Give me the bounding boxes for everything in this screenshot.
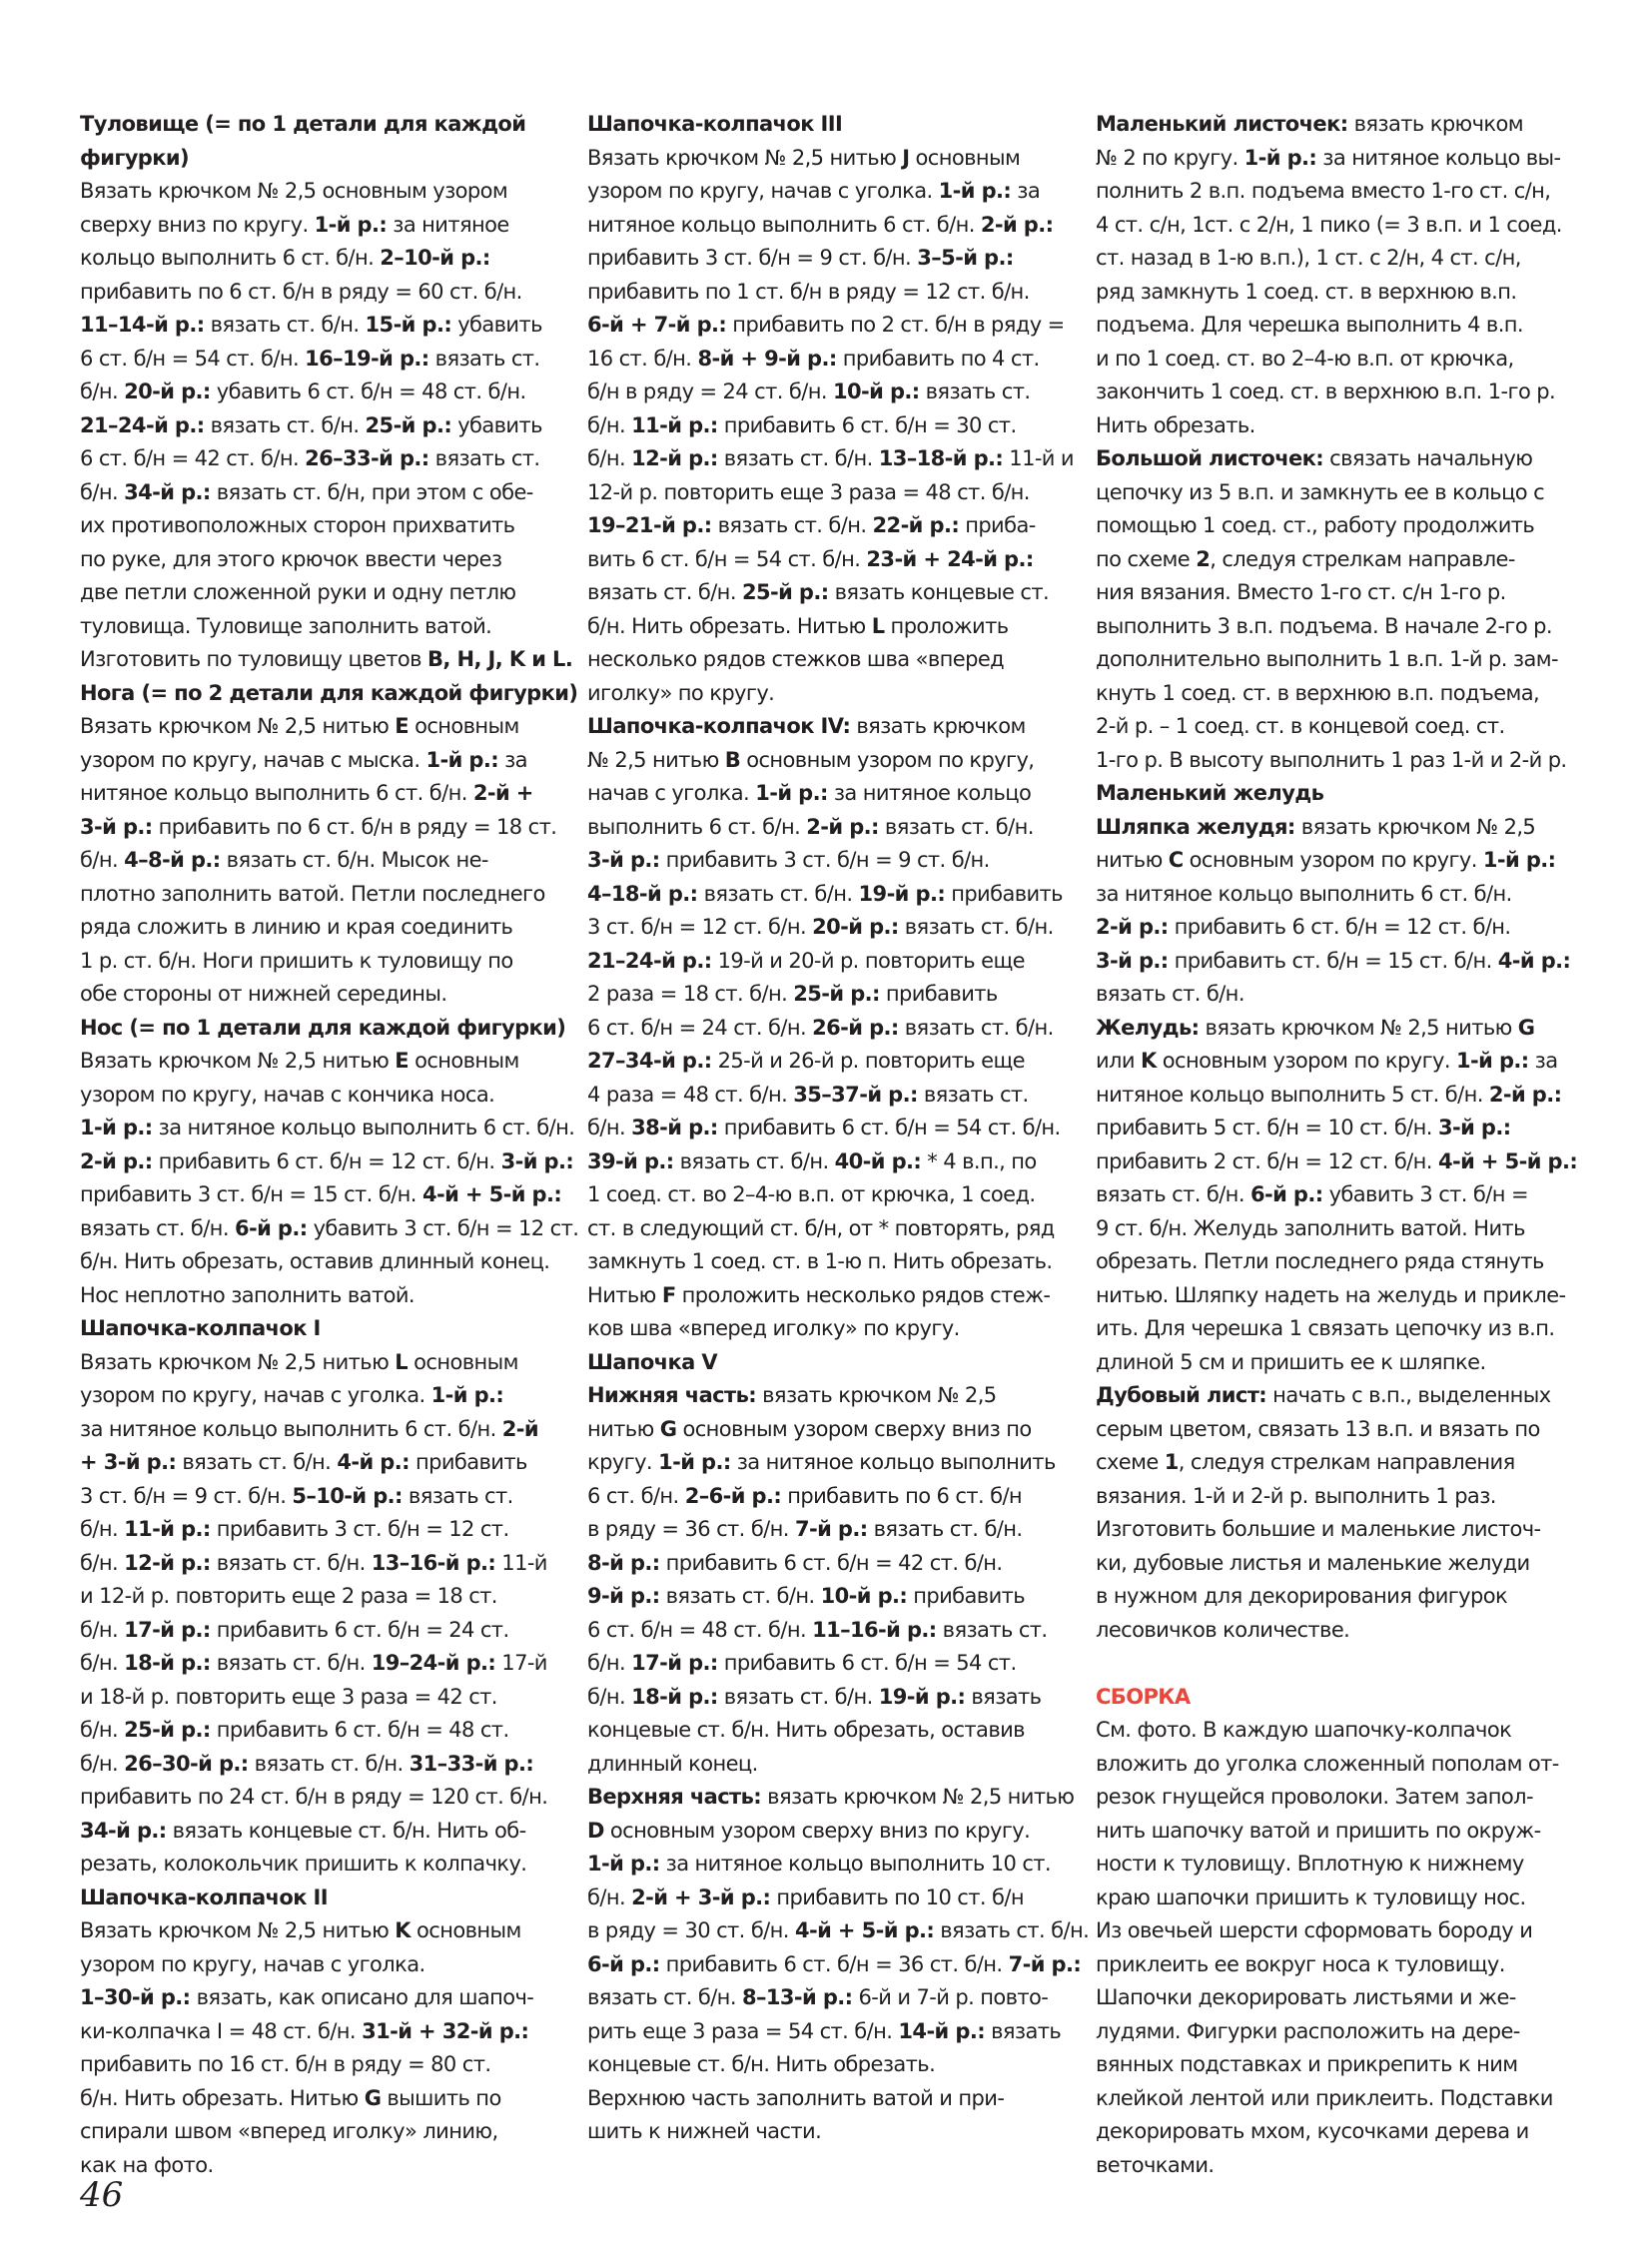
- bold-run: 19-й р.:: [859, 882, 946, 906]
- body-text-line: обрезать. Петли последнего ряда стянуть: [1096, 1245, 1595, 1279]
- body-text-line: Нос неплотно заполнить ватой.: [80, 1279, 579, 1313]
- spacer: [1096, 1647, 1595, 1681]
- body-text-line: 4 ст. с/н, 1ст. с 2/н, 1 пико (= 3 в.п. …: [1096, 209, 1595, 243]
- text-run: ить. Для черешка 1 связать цепочку из в.…: [1096, 1316, 1554, 1340]
- bold-run: 3-й р.:: [80, 815, 153, 839]
- body-text-line: 2-й р. – 1 соед. ст. в концевой соед. ст…: [1096, 710, 1595, 744]
- text-run: вязать ст. б/н.: [211, 1551, 372, 1575]
- bold-run: 3–5-й р.:: [917, 246, 1013, 270]
- body-text-line: 1–30-й р.: вязать, как описано для шапоч…: [80, 1981, 579, 2015]
- body-text-line: б/н в ряду = 24 ст. б/н. 10-й р.: вязать…: [587, 376, 1087, 409]
- body-text-line: длинный конец.: [587, 1748, 1087, 1782]
- text-run: ки-колпачка I = 48 ст. б/н.: [80, 2019, 362, 2043]
- bold-run: 1-й р.:: [1483, 848, 1556, 872]
- text-run: прибавить 3 ст. б/н = 9 ст. б/н.: [660, 848, 990, 872]
- body-text-line: обе стороны от нижней середины.: [80, 978, 579, 1012]
- body-text-line: по схеме 2, следуя стрелкам направле-: [1096, 543, 1595, 577]
- text-run: Вязать крючком № 2,5 нитью: [587, 146, 902, 170]
- text-run: нитяное кольцо выполнить 5 ст. б/н.: [1096, 1083, 1489, 1107]
- section-heading: Нос (= по 1 детали для каждой фигурки): [80, 1012, 579, 1046]
- body-text-line: 2 раза = 18 ст. б/н. 25-й р.: прибавить: [587, 978, 1087, 1012]
- body-text-line: как на фото.: [80, 2149, 579, 2183]
- text-run: веточками.: [1096, 2153, 1215, 2177]
- body-text-line: 1-й р.: за нитяное кольцо выполнить 6 ст…: [80, 1112, 579, 1145]
- bold-run: 4-й р.:: [337, 1450, 410, 1474]
- body-text-line: ности к туловищу. Вплотную к нижнему: [1096, 1848, 1595, 1881]
- section-heading: Нога (= по 2 детали для каждой фигурки): [80, 677, 579, 711]
- text-run: прибавить 6 ст. б/н = 42 ст. б/н.: [660, 1551, 1003, 1575]
- text-run: прибавить по 10 ст. б/н: [770, 1885, 1024, 1909]
- text-run: концевые ст. б/н. Нить обрезать.: [587, 2052, 935, 2076]
- text-run: основным узором по кругу.: [1157, 1049, 1456, 1073]
- text-run: б/н.: [80, 1618, 124, 1642]
- bold-run: + 3-й р.:: [80, 1450, 176, 1474]
- body-text-line: ст. в следующий ст. б/н, от * повторять,…: [587, 1212, 1087, 1246]
- bold-run: K: [1141, 1049, 1157, 1073]
- bold-run: 35–37-й р.:: [793, 1083, 918, 1107]
- text-run: 12-й р. повторить еще 3 раза = 48 ст. б/…: [587, 480, 1030, 504]
- bold-run: Нижняя часть:: [587, 1383, 756, 1407]
- body-text-line: б/н. Нить обрезать, оставив длинный коне…: [80, 1245, 579, 1279]
- text-run: за нитяное кольцо: [828, 781, 1031, 805]
- text-run: вязать ст.: [937, 1618, 1048, 1642]
- text-run: вязать ст. б/н.: [868, 1517, 1023, 1541]
- text-run: за нитяное кольцо вы-: [1316, 146, 1560, 170]
- body-text-line: б/н. 18-й р.: вязать ст. б/н. 19–24-й р.…: [80, 1647, 579, 1681]
- bold-run: 6-й р.:: [235, 1216, 308, 1240]
- text-run: цепочку из 5 в.п. и замкнуть ее в кольцо…: [1096, 480, 1544, 504]
- body-text-line: полнить 2 в.п. подъема вместо 1-го ст. с…: [1096, 175, 1595, 209]
- bold-run: 1: [1165, 1450, 1179, 1474]
- assembly-heading: СБОРКА: [1096, 1681, 1595, 1715]
- text-run: 9 ст. б/н. Желудь заполнить ватой. Нить: [1096, 1216, 1525, 1240]
- text-run: убавить 3 ст. б/н = 12 ст.: [308, 1216, 579, 1240]
- text-run: за нитяное кольцо выполнить 10 ст.: [660, 1852, 1051, 1876]
- bold-run: 21–24-й р.:: [587, 949, 712, 973]
- text-run: декорировать мхом, кусочками дерева и: [1096, 2119, 1529, 2143]
- body-text-line: б/н. 18-й р.: вязать ст. б/н. 19-й р.: в…: [587, 1681, 1087, 1715]
- text-run: кнуть 1 соед. ст. в верхнюю в.п. подъема…: [1096, 681, 1539, 705]
- text-run: резок гнущейся проволоки. Затем запол-: [1096, 1785, 1533, 1809]
- text-run: нитью: [587, 1417, 660, 1441]
- body-text-line: 11–14-й р.: вязать ст. б/н. 15-й р.: уба…: [80, 309, 579, 343]
- body-text-line: 6-й р.: прибавить 6 ст. б/н = 36 ст. б/н…: [587, 1948, 1087, 1982]
- body-text-line: шить к нижней части.: [587, 2115, 1087, 2149]
- bold-run: L: [872, 614, 885, 638]
- text-run: вязать ст. б/н.: [934, 1918, 1089, 1942]
- text-run: б/н. Нить обрезать, оставив длинный коне…: [80, 1249, 549, 1273]
- text-run: вязать ст. б/н.: [205, 413, 366, 437]
- body-text-line: прибавить по 1 ст. б/н в ряду = 12 ст. б…: [587, 276, 1087, 310]
- body-text-line: и по 1 соед. ст. во 2–4-ю в.п. от крючка…: [1096, 343, 1595, 376]
- text-run: в нужном для декорирования фигурок: [1096, 1584, 1507, 1608]
- text-run: б/н.: [587, 446, 631, 470]
- text-run: вязать концевые ст.: [829, 580, 1050, 604]
- body-text-line: две петли сложенной руки и одну петлю: [80, 576, 579, 610]
- bold-run: 4-й + 5-й р.:: [422, 1182, 561, 1206]
- body-text-line: вязать ст. б/н. 25-й р.: вязать концевые…: [587, 576, 1087, 610]
- text-run: 6 ст. б/н = 48 ст. б/н.: [587, 1618, 812, 1642]
- bold-run: 19–24-й р.:: [372, 1651, 496, 1675]
- text-run: вить 6 ст. б/н = 54 ст. б/н.: [587, 547, 866, 571]
- text-run: подъема. Для черешка выполнить 4 в.п.: [1096, 313, 1523, 337]
- body-text-line: б/н. Нить обрезать. Нитью G вышить по: [80, 2082, 579, 2116]
- text-run: узором по кругу, начав с кончика носа.: [80, 1083, 494, 1107]
- body-text-line: нитяное кольцо выполнить 6 ст. б/н. 2-й …: [80, 777, 579, 811]
- bold-run: 17-й р.:: [631, 1651, 718, 1675]
- text-run: лесовичков количестве.: [1096, 1618, 1349, 1642]
- text-run: вязать ст. б/н.: [899, 915, 1054, 939]
- text-run: обе стороны от нижней середины.: [80, 982, 446, 1006]
- text-run: начав с уголка.: [587, 781, 755, 805]
- text-run: как на фото.: [80, 2153, 214, 2177]
- bold-run: 23-й + 24-й р.:: [866, 547, 1033, 571]
- body-text-line: Нитью F проложить несколько рядов стеж-: [587, 1279, 1087, 1313]
- text-run: Вязать крючком № 2,5 нитью: [80, 714, 395, 738]
- text-run: вязать крючком № 2,5 нитью: [1199, 1016, 1517, 1040]
- bold-run: 18-й р.:: [631, 1685, 718, 1709]
- bold-run: Желудь:: [1096, 1016, 1199, 1040]
- body-text-line: 21–24-й р.: вязать ст. б/н. 25-й р.: уба…: [80, 409, 579, 443]
- body-text-line: прибавить 3 ст. б/н = 9 ст. б/н. 3–5-й р…: [587, 242, 1087, 276]
- text-run: б/н.: [587, 1885, 631, 1909]
- body-text-line: 3 ст. б/н = 9 ст. б/н. 5–10-й р.: вязать…: [80, 1480, 579, 1514]
- body-text-line: в нужном для декорирования фигурок: [1096, 1580, 1595, 1614]
- text-run: основным: [411, 1918, 521, 1942]
- bold-run: 11–14-й р.:: [80, 313, 205, 337]
- bold-run: 4-й + 5-й р.:: [1438, 1149, 1577, 1173]
- text-run: прибавить 3 ст. б/н = 15 ст. б/н.: [80, 1182, 422, 1206]
- bold-run: Большой листочек:: [1096, 446, 1323, 470]
- text-run: убавить 3 ст. б/н =: [1323, 1182, 1528, 1206]
- body-text-line: 21–24-й р.: 19-й и 20-й р. повторить еще: [587, 945, 1087, 979]
- body-text-line: 1 соед. ст. во 2–4-ю в.п. от крючка, 1 с…: [587, 1178, 1087, 1212]
- bold-run: G: [1518, 1016, 1535, 1040]
- text-run: вязать ст. б/н.: [712, 513, 873, 537]
- body-text-line: замкнуть 1 соед. ст. в 1-ю п. Нить обрез…: [587, 1245, 1087, 1279]
- text-run: вязать ст. б/н.: [1096, 982, 1244, 1006]
- bold-run: Дубовый лист:: [1096, 1383, 1266, 1407]
- section-heading: Шапочка-колпачок III: [587, 108, 1087, 142]
- body-text-line: сверху вниз по кругу. 1-й р.: за нитяное: [80, 209, 579, 243]
- text-run: шить к нижней части.: [587, 2119, 821, 2143]
- text-run: нитяное кольцо выполнить 6 ст. б/н.: [587, 213, 981, 237]
- text-run: 6-й и 7-й р. повто-: [852, 1985, 1048, 2009]
- body-text-line: туловища. Туловище заполнить ватой.: [80, 610, 579, 644]
- bold-run: 2–6-й р.:: [685, 1484, 781, 1508]
- bold-run: 6-й р.:: [587, 1952, 660, 1976]
- body-text-line: нитяное кольцо выполнить 5 ст. б/н. 2-й …: [1096, 1079, 1595, 1113]
- text-run: узором по кругу, начав с уголка.: [80, 1952, 425, 1976]
- bold-run: C: [1169, 848, 1184, 872]
- body-text-line: 6 ст. б/н = 48 ст. б/н. 11–16-й р.: вяза…: [587, 1614, 1087, 1648]
- body-text-line: в ряду = 30 ст. б/н. 4-й + 5-й р.: вязат…: [587, 1914, 1087, 1948]
- text-run: ности к туловищу. Вплотную к нижнему: [1096, 1852, 1524, 1876]
- body-text-line: узором по кругу, начав с уголка. 1-й р.:…: [587, 175, 1087, 209]
- section-heading: Туловище (= по 1 детали для каждой: [80, 108, 579, 142]
- text-run: вязать крючком: [1348, 112, 1523, 136]
- body-text-line: 19–21-й р.: вязать ст. б/н. 22-й р.: при…: [587, 509, 1087, 543]
- text-run: прибавить по 4 ст.: [837, 347, 1040, 371]
- text-run: Из овечьей шерсти сформовать бороду и: [1096, 1918, 1532, 1942]
- text-run: дополнительно выполнить 1 в.п. 1-й р. за…: [1096, 647, 1558, 671]
- body-text-line: б/н. 20-й р.: убавить 6 ст. б/н = 48 ст.…: [80, 376, 579, 409]
- text-run: вязать крючком: [850, 714, 1025, 738]
- text-run: вязать ст. б/н.: [249, 1752, 410, 1776]
- bold-run: 10-й р.:: [821, 1584, 908, 1608]
- body-text-line: № 2 по кругу. 1-й р.: за нитяное кольцо …: [1096, 142, 1595, 176]
- text-run: Изготовить по туловищу цветов: [80, 647, 427, 671]
- text-run: ст. назад в 1-ю в.п.), 1 ст. с 2/н, 4 ст…: [1096, 246, 1521, 270]
- text-run: вязать крючком № 2,5: [756, 1383, 996, 1407]
- body-text-line: и 18-й р. повторить еще 3 раза = 42 ст.: [80, 1681, 579, 1715]
- body-text-line: 6 ст. б/н = 24 ст. б/н. 26-й р.: вязать …: [587, 1012, 1087, 1046]
- text-column-2: Шапочка-колпачок IIIВязать крючком № 2,5…: [587, 108, 1087, 2149]
- body-text-line: вить 6 ст. б/н = 54 ст. б/н. 23-й + 24-й…: [587, 543, 1087, 577]
- body-text-line: 2-й р.: прибавить 6 ст. б/н = 12 ст. б/н…: [1096, 911, 1595, 945]
- body-text-line: Вязать крючком № 2,5 нитью J основным: [587, 142, 1087, 176]
- text-run: б/н.: [80, 379, 124, 403]
- text-run: См. фото. В каждую шапочку-колпачок: [1096, 1718, 1511, 1742]
- text-run: Вязать крючком № 2,5 основным узором: [80, 179, 507, 203]
- text-run: за нитяное кольцо выполнить: [731, 1450, 1056, 1474]
- bold-run: 17-й р.:: [124, 1618, 211, 1642]
- bold-run: 9-й р.:: [587, 1584, 660, 1608]
- bold-run: Верхняя часть:: [587, 1785, 761, 1809]
- body-text-line: Вязать крючком № 2,5 нитью L основным: [80, 1346, 579, 1380]
- bold-run: 1-й р.:: [431, 1383, 504, 1407]
- text-run: прибавить 3 ст. б/н = 9 ст. б/н.: [587, 246, 917, 270]
- body-text-line: концевые ст. б/н. Нить обрезать, оставив: [587, 1714, 1087, 1748]
- body-text-line: Нить обрезать.: [1096, 409, 1595, 443]
- text-run: б/н.: [80, 1551, 124, 1575]
- body-text-line: узором по кругу, начав с кончика носа.: [80, 1079, 579, 1113]
- bold-run: 26–30-й р.:: [124, 1752, 249, 1776]
- text-run: вязать ст. б/н.: [211, 1651, 372, 1675]
- text-run: узором по кругу, начав с уголка.: [587, 179, 939, 203]
- bold-run: 15-й р.:: [366, 313, 452, 337]
- text-run: б/н.: [587, 1116, 631, 1139]
- text-run: помощью 1 соед. ст., работу продолжить: [1096, 513, 1534, 537]
- text-run: вязать ст. б/н.: [674, 1149, 835, 1173]
- text-run: ряда сложить в линию и края соединить: [80, 915, 512, 939]
- bold-run: 11–16-й р.:: [812, 1618, 937, 1642]
- text-run: выполнить 6 ст. б/н.: [587, 815, 806, 839]
- section-heading: Шапочка V: [587, 1346, 1087, 1380]
- text-run: вязать ст. б/н.: [660, 1584, 821, 1608]
- bold-run: 8–13-й р.:: [742, 1985, 853, 2009]
- text-run: ков шва «вперед иголку» по кругу.: [587, 1316, 960, 1340]
- body-text-line: прибавить 2 ст. б/н = 12 ст. б/н. 4-й + …: [1096, 1145, 1595, 1179]
- body-text-line: 4–18-й р.: вязать ст. б/н. 19-й р.: приб…: [587, 878, 1087, 912]
- text-run: Изготовить большие и маленькие листоч-: [1096, 1517, 1541, 1541]
- text-run: замкнуть 1 соед. ст. в 1-ю п. Нить обрез…: [587, 1249, 1052, 1273]
- bold-run: 34-й р.:: [80, 1819, 167, 1843]
- bold-run: 2-й +: [473, 781, 533, 805]
- text-run: 17-й: [495, 1651, 547, 1675]
- bold-run: 8-й + 9-й р.:: [697, 347, 836, 371]
- body-text-line: и 12-й р. повторить еще 2 раза = 18 ст.: [80, 1580, 579, 1614]
- body-text-line: вянных подставках и прикрепить к ним: [1096, 2048, 1595, 2082]
- bold-run: 2-й р.:: [1096, 915, 1169, 939]
- body-text-line: концевые ст. б/н. Нить обрезать.: [587, 2048, 1087, 2082]
- text-run: резать, колокольчик пришить к колпачку.: [80, 1852, 526, 1876]
- text-run: № 2,5 нитью: [587, 748, 725, 772]
- bold-run: 2: [1196, 547, 1210, 571]
- body-text-line: вязания. 1-й и 2-й р. выполнить 1 раз.: [1096, 1480, 1595, 1514]
- text-run: прибавить 6 ст. б/н = 54 ст. б/н.: [718, 1116, 1061, 1139]
- text-run: Вязать крючком № 2,5 нитью: [80, 1350, 395, 1374]
- bold-run: 40-й р.:: [835, 1149, 922, 1173]
- section-heading: фигурки): [80, 142, 579, 176]
- body-text-line: ков шва «вперед иголку» по кругу.: [587, 1312, 1087, 1346]
- text-run: 3 ст. б/н = 12 ст. б/н.: [587, 915, 812, 939]
- text-run: спирали швом «вперед иголку» линию,: [80, 2119, 498, 2143]
- body-text-line: за нитяное кольцо выполнить 6 ст. б/н.: [1096, 878, 1595, 912]
- bold-run: 2-й р.:: [981, 213, 1054, 237]
- body-text-line: выполнить 3 в.п. подъема. В начале 2-го …: [1096, 610, 1595, 644]
- text-run: проложить: [884, 614, 1008, 638]
- bold-run: 22-й р.:: [873, 513, 960, 537]
- text-run: прибавить по 6 ст. б/н в ряду = 60 ст. б…: [80, 280, 522, 304]
- text-run: , следуя стрелкам направления: [1179, 1450, 1515, 1474]
- text-run: рить еще 3 раза = 54 ст. б/н.: [587, 2019, 898, 2043]
- text-run: б/н.: [80, 1718, 124, 1742]
- text-run: ряд замкнуть 1 соед. ст. в верхнюю в.п.: [1096, 280, 1516, 304]
- bold-run: E: [395, 1049, 409, 1073]
- text-run: сверху вниз по кругу.: [80, 213, 315, 237]
- bold-run: 19-й р.:: [879, 1685, 966, 1709]
- text-run: за: [1011, 179, 1040, 203]
- body-text-line: 2-й р.: прибавить 6 ст. б/н = 12 ст. б/н…: [80, 1145, 579, 1179]
- section-heading: Шапочка-колпачок II: [80, 1881, 579, 1915]
- text-run: нитью. Шляпку надеть на желудь и прикле-: [1096, 1283, 1566, 1307]
- body-text-line: б/н. 4–8-й р.: вязать ст. б/н. Мысок не-: [80, 844, 579, 878]
- body-text-line: б/н. Нить обрезать. Нитью L проложить: [587, 610, 1087, 644]
- text-run: кругу.: [587, 1450, 658, 1474]
- body-text-line: 1 р. ст. б/н. Ноги пришить к туловищу по: [80, 945, 579, 979]
- body-text-line: длиной 5 см и пришить ее к шляпке.: [1096, 1346, 1595, 1380]
- text-run: прибавить 6 ст. б/н = 30 ст.: [718, 413, 1017, 437]
- body-text-line: клейкой лентой или приклеить. Подставки: [1096, 2082, 1595, 2116]
- text-run: вязать ст. б/н.: [1096, 1182, 1250, 1206]
- text-run: Вязать крючком № 2,5 нитью: [80, 1918, 395, 1942]
- text-run: прибавить ст. б/н = 15 ст. б/н.: [1169, 949, 1498, 973]
- text-run: б/н.: [587, 1651, 631, 1675]
- body-text-line: № 2,5 нитью B основным узором по кругу,: [587, 744, 1087, 778]
- text-run: длиной 5 см и пришить ее к шляпке.: [1096, 1350, 1486, 1374]
- body-text-line: резок гнущейся проволоки. Затем запол-: [1096, 1781, 1595, 1815]
- text-run: * 4 в.п., по: [921, 1149, 1036, 1173]
- bold-run: Маленький листочек:: [1096, 112, 1348, 136]
- bold-run: 1-й р.:: [80, 1116, 153, 1139]
- text-run: 6 ст. б/н.: [587, 1484, 685, 1508]
- bold-run: 27–34-й р.:: [587, 1049, 712, 1073]
- body-text-line: ки, дубовые листья и маленькие желуди: [1096, 1547, 1595, 1581]
- body-text-line: 3-й р.: прибавить ст. б/н = 15 ст. б/н. …: [1096, 945, 1595, 979]
- body-text-line: б/н. 25-й р.: прибавить 6 ст. б/н = 48 с…: [80, 1714, 579, 1748]
- body-text-line: б/н. 11-й р.: прибавить 6 ст. б/н = 30 с…: [587, 409, 1087, 443]
- text-run: плотно заполнить ватой. Петли последнего: [80, 882, 545, 906]
- text-run: начать с в.п., выделенных: [1266, 1383, 1550, 1407]
- text-run: основным: [909, 146, 1020, 170]
- section-heading: Шапочка-колпачок I: [80, 1312, 579, 1346]
- text-run: б/н.: [587, 1685, 631, 1709]
- body-text-line: 3-й р.: прибавить по 6 ст. б/н в ряду = …: [80, 811, 579, 845]
- body-text-line: вложить до уголка сложенный пополам от-: [1096, 1748, 1595, 1782]
- body-text-line: схеме 1, следуя стрелкам направления: [1096, 1446, 1595, 1480]
- body-text-line: Большой листочек: связать начальную: [1096, 442, 1595, 476]
- bold-run: 4-й + 5-й р.:: [795, 1918, 934, 1942]
- page-number: 46: [80, 2175, 123, 2215]
- body-text-line: Шляпка желудя: вязать крючком № 2,5: [1096, 811, 1595, 845]
- text-run: две петли сложенной руки и одну петлю: [80, 580, 515, 604]
- text-run: 6 ст. б/н = 24 ст. б/н.: [587, 1016, 812, 1040]
- body-text-line: вязать ст. б/н. 8–13-й р.: 6-й и 7-й р. …: [587, 1981, 1087, 2015]
- text-column-1: Туловище (= по 1 детали для каждойфигурк…: [80, 108, 579, 2182]
- body-text-line: б/н. 34-й р.: вязать ст. б/н, при этом с…: [80, 476, 579, 510]
- text-run: Вязать крючком № 2,5 нитью: [80, 1049, 395, 1073]
- body-text-line: ки-колпачка I = 48 ст. б/н. 31-й + 32-й …: [80, 2015, 579, 2049]
- body-text-line: в ряду = 36 ст. б/н. 7-й р.: вязать ст. …: [587, 1513, 1087, 1547]
- text-run: по схеме: [1096, 547, 1196, 571]
- bold-run: G: [365, 2086, 382, 2110]
- text-run: вязать ст. б/н.: [176, 1450, 337, 1474]
- bold-run: 7-й р.:: [795, 1517, 868, 1541]
- body-text-line: прибавить 5 ст. б/н = 10 ст. б/н. 3-й р.…: [1096, 1112, 1595, 1145]
- body-text-line: ить. Для черешка 1 связать цепочку из в.…: [1096, 1312, 1595, 1346]
- bold-run: 2-й р.:: [1489, 1083, 1562, 1107]
- bold-run: 13–16-й р.:: [372, 1551, 496, 1575]
- text-run: прибавить по 6 ст. б/н в ряду = 18 ст.: [153, 815, 557, 839]
- body-text-line: нитью. Шляпку надеть на желудь и прикле-: [1096, 1279, 1595, 1313]
- body-text-line: цепочку из 5 в.п. и замкнуть ее в кольцо…: [1096, 476, 1595, 510]
- body-text-line: закончить 1 соед. ст. в верхнюю в.п. 1-г…: [1096, 376, 1595, 409]
- body-text-line: Вязать крючком № 2,5 нитью K основным: [80, 1914, 579, 1948]
- body-text-line: Верхняя часть: вязать крючком № 2,5 нить…: [587, 1781, 1087, 1815]
- bold-run: D: [587, 1819, 604, 1843]
- text-run: вязать ст. б/н.: [718, 1685, 879, 1709]
- text-run: 1 р. ст. б/н. Ноги пришить к туловищу по: [80, 949, 513, 973]
- bold-run: 4–18-й р.:: [587, 882, 698, 906]
- text-run: вязать, как описано для шапоч-: [191, 1985, 534, 2009]
- text-run: прибавить по 1 ст. б/н в ряду = 12 ст. б…: [587, 280, 1030, 304]
- text-run: нитяное кольцо выполнить 6 ст. б/н.: [80, 781, 473, 805]
- text-run: их противоположных сторон прихватить: [80, 513, 514, 537]
- text-run: серым цветом, связать 13 в.п. и вязать п…: [1096, 1417, 1540, 1441]
- body-text-line: вязать ст. б/н.: [1096, 978, 1595, 1012]
- bold-run: 20-й р.:: [812, 915, 899, 939]
- text-run: закончить 1 соед. ст. в верхнюю в.п. 1-г…: [1096, 379, 1555, 403]
- bold-run: 31-й + 32-й р.:: [362, 2019, 528, 2043]
- body-text-line: б/н. 12-й р.: вязать ст. б/н. 13–16-й р.…: [80, 1547, 579, 1581]
- body-text-line: кругу. 1-й р.: за нитяное кольцо выполни…: [587, 1446, 1087, 1480]
- text-run: вязать: [985, 2019, 1061, 2043]
- text-run: прибавить: [907, 1584, 1025, 1608]
- bold-run: 1-й р.:: [587, 1852, 660, 1876]
- bold-run: 1-й р.:: [425, 748, 498, 772]
- body-text-line: помощью 1 соед. ст., работу продолжить: [1096, 509, 1595, 543]
- text-run: 11-й: [495, 1551, 547, 1575]
- text-run: прибавить 5 ст. б/н = 10 ст. б/н.: [1096, 1116, 1438, 1139]
- text-run: иголку» по кругу.: [587, 681, 774, 705]
- bold-run: 1–30-й р.:: [80, 1985, 191, 2009]
- text-run: кольцо выполнить 6 ст. б/н.: [80, 246, 380, 270]
- body-text-line: или K основным узором по кругу. 1-й р.: …: [1096, 1045, 1595, 1079]
- body-text-line: 6 ст. б/н = 54 ст. б/н. 16–19-й р.: вяза…: [80, 343, 579, 376]
- text-run: и по 1 соед. ст. во 2–4-ю в.п. от крючка…: [1096, 347, 1514, 371]
- body-text-line: ряда сложить в линию и края соединить: [80, 911, 579, 945]
